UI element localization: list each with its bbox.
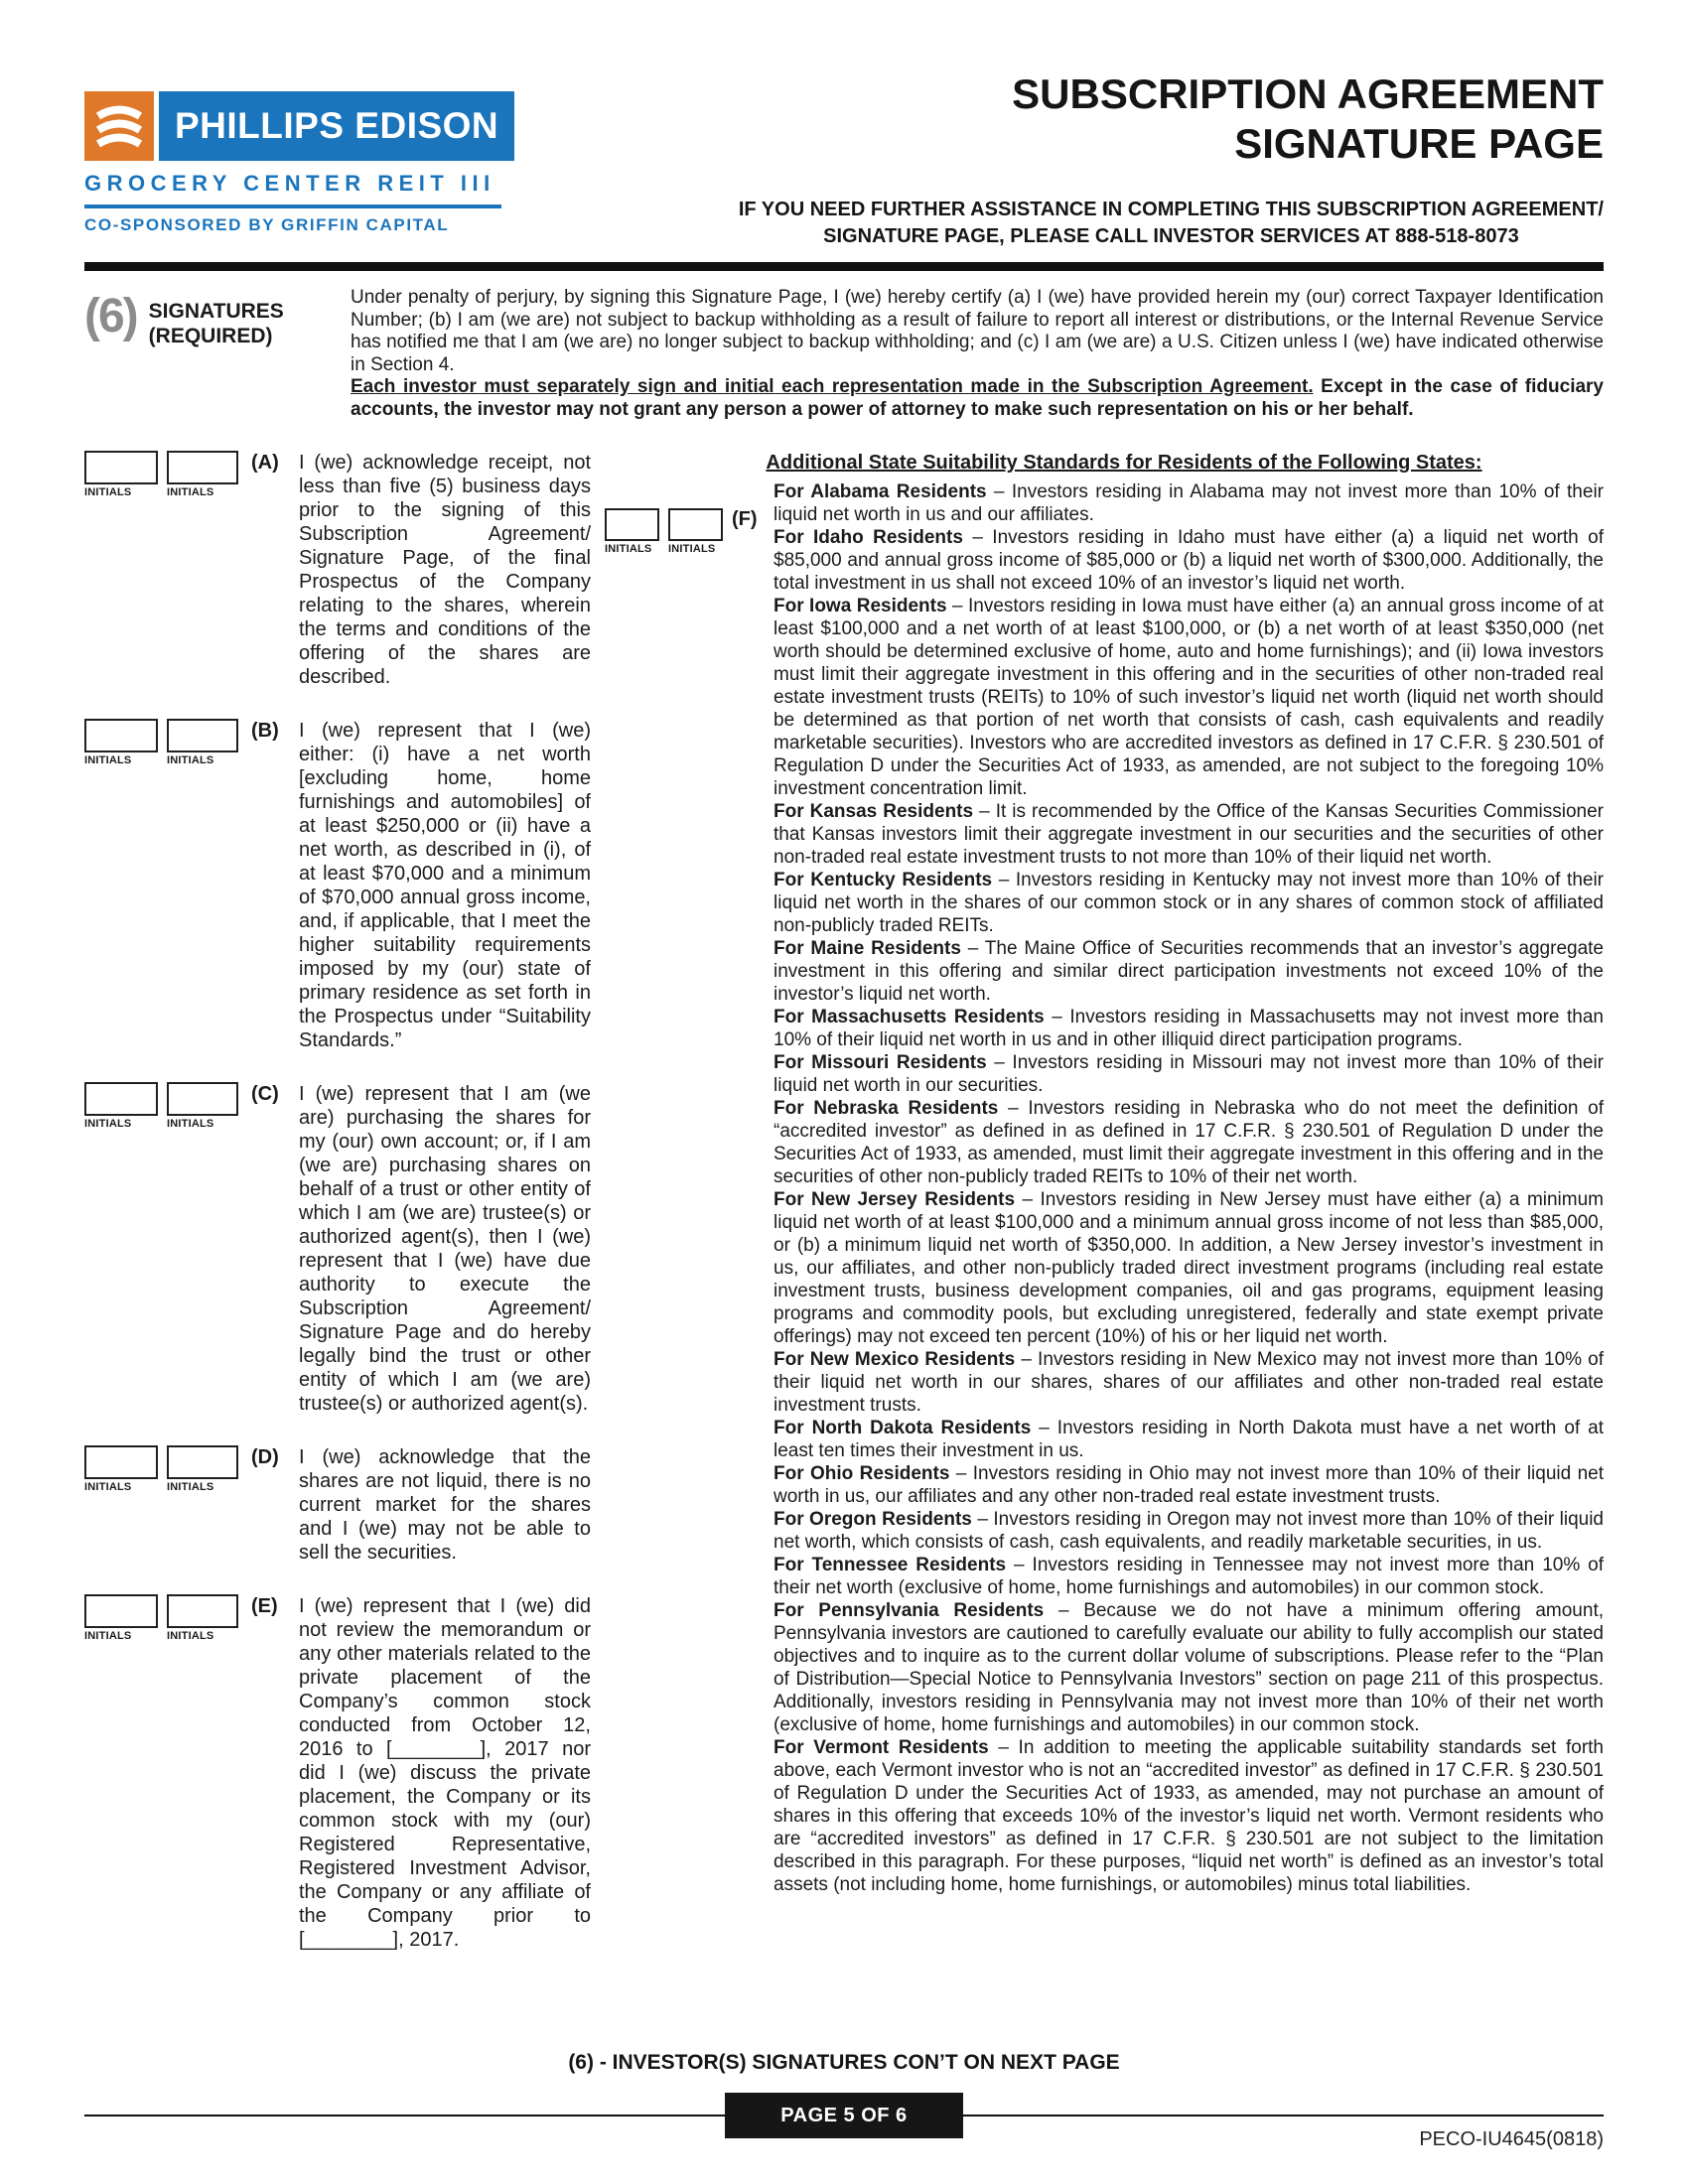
help-text-line1: IF YOU NEED FURTHER ASSISTANCE IN COMPLE… bbox=[739, 197, 1604, 223]
initials-label: INITIALS bbox=[668, 543, 723, 555]
item-text: I (we) represent that I (we) did not rev… bbox=[299, 1594, 591, 1952]
state-paragraph-oregon: For Oregon Residents – Investors residin… bbox=[774, 1508, 1604, 1554]
representations-column: INITIALS INITIALS (A) I (we) acknowledge… bbox=[84, 451, 591, 1981]
initials-box-pair: INITIALS INITIALS bbox=[605, 480, 732, 1896]
state-paragraph-new-jersey: For New Jersey Residents – Investors res… bbox=[774, 1188, 1604, 1348]
state-name: For Iowa Residents bbox=[774, 596, 947, 616]
perjury-intro-text: Under penalty of perjury, by signing thi… bbox=[351, 287, 1604, 376]
initials-label: INITIALS bbox=[167, 1630, 238, 1642]
representation-item-c: INITIALS INITIALS (C) I (we) represent t… bbox=[84, 1082, 591, 1416]
state-paragraph-idaho: For Idaho Residents – Investors residing… bbox=[774, 526, 1604, 595]
state-name: For Oregon Residents bbox=[774, 1509, 972, 1530]
state-suitability-column: Additional State Suitability Standards f… bbox=[591, 451, 1604, 1981]
initials-label: INITIALS bbox=[84, 1118, 158, 1130]
body-columns: INITIALS INITIALS (A) I (we) acknowledge… bbox=[84, 451, 1604, 1981]
page-title-line2: SIGNATURE PAGE bbox=[521, 119, 1604, 169]
state-paragraph-pennsylvania: For Pennsylvania Residents – Because we … bbox=[774, 1599, 1604, 1736]
state-name: For Ohio Residents bbox=[774, 1463, 949, 1484]
representation-item-d: INITIALS INITIALS (D) I (we) acknowledge… bbox=[84, 1445, 591, 1565]
initials-box[interactable] bbox=[167, 1082, 238, 1116]
initials-label: INITIALS bbox=[84, 1630, 158, 1642]
perjury-statement: Under penalty of perjury, by signing thi… bbox=[351, 287, 1604, 421]
state-paragraph-massachusetts: For Massachusetts Residents – Investors … bbox=[774, 1006, 1604, 1051]
logo-subtitle: GROCERY CENTER REIT III bbox=[84, 171, 521, 197]
item-text: I (we) represent that I am (we are) purc… bbox=[299, 1082, 591, 1416]
initials-label: INITIALS bbox=[167, 1118, 238, 1130]
section-number: (6) bbox=[84, 293, 137, 341]
state-standards-heading: Additional State Suitability Standards f… bbox=[644, 451, 1604, 475]
section-6-header: (6) SIGNATURES (REQUIRED) Under penalty … bbox=[84, 287, 1604, 421]
state-name: For Kansas Residents bbox=[774, 801, 973, 822]
state-paragraph-alabama: For Alabama Residents – Investors residi… bbox=[774, 480, 1604, 526]
representation-item-b: INITIALS INITIALS (B) I (we) represent t… bbox=[84, 719, 591, 1052]
state-name: For New Mexico Residents bbox=[774, 1349, 1015, 1370]
initials-field-2: INITIALS bbox=[167, 1082, 238, 1416]
initials-field-2: INITIALS bbox=[167, 1445, 238, 1565]
initials-field-2: INITIALS bbox=[668, 508, 723, 1896]
perjury-underlined-sentence: Each investor must separately sign and i… bbox=[351, 376, 1314, 397]
header-divider-bar bbox=[84, 262, 1604, 271]
item-letter: (C) bbox=[251, 1082, 299, 1416]
initials-box[interactable] bbox=[167, 719, 238, 752]
initials-box[interactable] bbox=[84, 451, 158, 484]
state-text: – Investors residing in New Jersey must … bbox=[774, 1189, 1604, 1347]
initials-box-pair: INITIALS INITIALS bbox=[84, 1082, 251, 1416]
title-block: SUBSCRIPTION AGREEMENT SIGNATURE PAGE IF… bbox=[521, 62, 1604, 250]
state-name: For New Jersey Residents bbox=[774, 1189, 1015, 1210]
subscription-agreement-page: PHILLIPS EDISON GROCERY CENTER REIT III … bbox=[0, 0, 1688, 2184]
state-name: For Alabama Residents bbox=[774, 481, 987, 502]
state-name: For Missouri Residents bbox=[774, 1052, 987, 1073]
section-label-line2: (REQUIRED) bbox=[149, 324, 284, 348]
state-paragraph-maine: For Maine Residents – The Maine Office o… bbox=[774, 937, 1604, 1006]
help-text: IF YOU NEED FURTHER ASSISTANCE IN COMPLE… bbox=[739, 197, 1604, 250]
initials-box[interactable] bbox=[84, 1594, 158, 1628]
page-header: PHILLIPS EDISON GROCERY CENTER REIT III … bbox=[84, 62, 1604, 250]
state-paragraph-ohio: For Ohio Residents – Investors residing … bbox=[774, 1462, 1604, 1508]
section-6-label-group: (6) SIGNATURES (REQUIRED) bbox=[84, 287, 351, 421]
logo-top-row: PHILLIPS EDISON bbox=[84, 91, 521, 161]
state-paragraph-nebraska: For Nebraska Residents – Investors resid… bbox=[774, 1097, 1604, 1188]
section-label-line1: SIGNATURES bbox=[149, 299, 284, 324]
state-name: For Idaho Residents bbox=[774, 527, 963, 548]
initials-box[interactable] bbox=[167, 1445, 238, 1479]
state-name: For Kentucky Residents bbox=[774, 870, 992, 890]
initials-field-1: INITIALS bbox=[84, 451, 158, 689]
initials-label: INITIALS bbox=[167, 486, 238, 498]
logo-brand-name: PHILLIPS EDISON bbox=[159, 91, 514, 161]
item-letter: (E) bbox=[251, 1594, 299, 1952]
perjury-bold-text: Each investor must separately sign and i… bbox=[351, 376, 1604, 421]
signatures-continued-note: (6) - INVESTOR(S) SIGNATURES CON’T ON NE… bbox=[0, 2051, 1688, 2075]
state-text: – Investors residing in Iowa must have e… bbox=[774, 596, 1604, 799]
state-paragraph-kansas: For Kansas Residents – It is recommended… bbox=[774, 800, 1604, 869]
phillips-edison-logo: PHILLIPS EDISON GROCERY CENTER REIT III … bbox=[84, 62, 521, 235]
initials-box[interactable] bbox=[84, 1082, 158, 1116]
initials-box-pair: INITIALS INITIALS bbox=[84, 719, 251, 1052]
help-text-wrap: IF YOU NEED FURTHER ASSISTANCE IN COMPLE… bbox=[521, 197, 1604, 250]
state-paragraph-tennessee: For Tennessee Residents – Investors resi… bbox=[774, 1554, 1604, 1599]
state-name: For Massachusetts Residents bbox=[774, 1007, 1045, 1027]
state-name: For Maine Residents bbox=[774, 938, 961, 959]
initials-field-1: INITIALS bbox=[605, 508, 659, 1896]
representation-item-f: INITIALS INITIALS (F) For Alabama Reside… bbox=[605, 480, 1604, 1896]
state-paragraph-new-mexico: For New Mexico Residents – Investors res… bbox=[774, 1348, 1604, 1417]
item-letter: (A) bbox=[251, 451, 299, 689]
state-text: – In addition to meeting the applicable … bbox=[774, 1737, 1604, 1895]
item-letter: (B) bbox=[251, 719, 299, 1052]
initials-field-1: INITIALS bbox=[84, 1594, 158, 1952]
state-name: For Pennsylvania Residents bbox=[774, 1600, 1044, 1621]
state-paragraph-iowa: For Iowa Residents – Investors residing … bbox=[774, 595, 1604, 800]
initials-field-2: INITIALS bbox=[167, 719, 238, 1052]
initials-box[interactable] bbox=[167, 451, 238, 484]
initials-field-2: INITIALS bbox=[167, 1594, 238, 1952]
initials-field-1: INITIALS bbox=[84, 1445, 158, 1565]
state-name: For Vermont Residents bbox=[774, 1737, 989, 1758]
initials-field-2: INITIALS bbox=[167, 451, 238, 689]
initials-field-1: INITIALS bbox=[84, 1082, 158, 1416]
page-number-badge: PAGE 5 OF 6 bbox=[725, 2093, 963, 2138]
form-code: PECO-IU4645(0818) bbox=[1419, 2128, 1604, 2151]
initials-box-pair: INITIALS INITIALS bbox=[84, 451, 251, 689]
item-text: I (we) acknowledge that the shares are n… bbox=[299, 1445, 591, 1565]
initials-box-pair: INITIALS INITIALS bbox=[84, 1445, 251, 1565]
initials-field-1: INITIALS bbox=[84, 719, 158, 1052]
initials-box[interactable] bbox=[167, 1594, 238, 1628]
logo-arcs-icon bbox=[84, 91, 154, 161]
state-paragraphs: For Alabama Residents – Investors residi… bbox=[774, 480, 1604, 1896]
help-text-line2: SIGNATURE PAGE, PLEASE CALL INVESTOR SER… bbox=[739, 223, 1604, 250]
initials-label: INITIALS bbox=[84, 754, 158, 766]
state-name: For Tennessee Residents bbox=[774, 1555, 1006, 1575]
initials-label: INITIALS bbox=[167, 1481, 238, 1493]
initials-box[interactable] bbox=[668, 508, 723, 541]
state-name: For Nebraska Residents bbox=[774, 1098, 998, 1119]
page-number-bar: PAGE 5 OF 6 bbox=[84, 2093, 1604, 2138]
page-title-line1: SUBSCRIPTION AGREEMENT bbox=[521, 69, 1604, 119]
initials-label: INITIALS bbox=[605, 543, 659, 555]
initials-box[interactable] bbox=[605, 508, 659, 541]
representation-item-a: INITIALS INITIALS (A) I (we) acknowledge… bbox=[84, 451, 591, 689]
initials-box[interactable] bbox=[84, 1445, 158, 1479]
state-name: For North Dakota Residents bbox=[774, 1418, 1031, 1438]
section-label: SIGNATURES (REQUIRED) bbox=[149, 293, 284, 348]
initials-label: INITIALS bbox=[84, 1481, 158, 1493]
item-letter: (F) bbox=[732, 480, 774, 1896]
initials-box[interactable] bbox=[84, 719, 158, 752]
logo-cosponsor-line: CO-SPONSORED BY GRIFFIN CAPITAL bbox=[84, 215, 521, 235]
logo-divider bbox=[84, 205, 501, 208]
state-paragraph-north-dakota: For North Dakota Residents – Investors r… bbox=[774, 1417, 1604, 1462]
initials-label: INITIALS bbox=[84, 486, 158, 498]
item-text: I (we) acknowledge receipt, not less tha… bbox=[299, 451, 591, 689]
state-paragraph-kentucky: For Kentucky Residents – Investors resid… bbox=[774, 869, 1604, 937]
state-paragraph-missouri: For Missouri Residents – Investors resid… bbox=[774, 1051, 1604, 1097]
item-text: I (we) represent that I (we) either: (i)… bbox=[299, 719, 591, 1052]
initials-box-pair: INITIALS INITIALS bbox=[84, 1594, 251, 1952]
representation-item-e: INITIALS INITIALS (E) I (we) represent t… bbox=[84, 1594, 591, 1952]
item-letter: (D) bbox=[251, 1445, 299, 1565]
state-paragraph-vermont: For Vermont Residents – In addition to m… bbox=[774, 1736, 1604, 1896]
initials-label: INITIALS bbox=[167, 754, 238, 766]
